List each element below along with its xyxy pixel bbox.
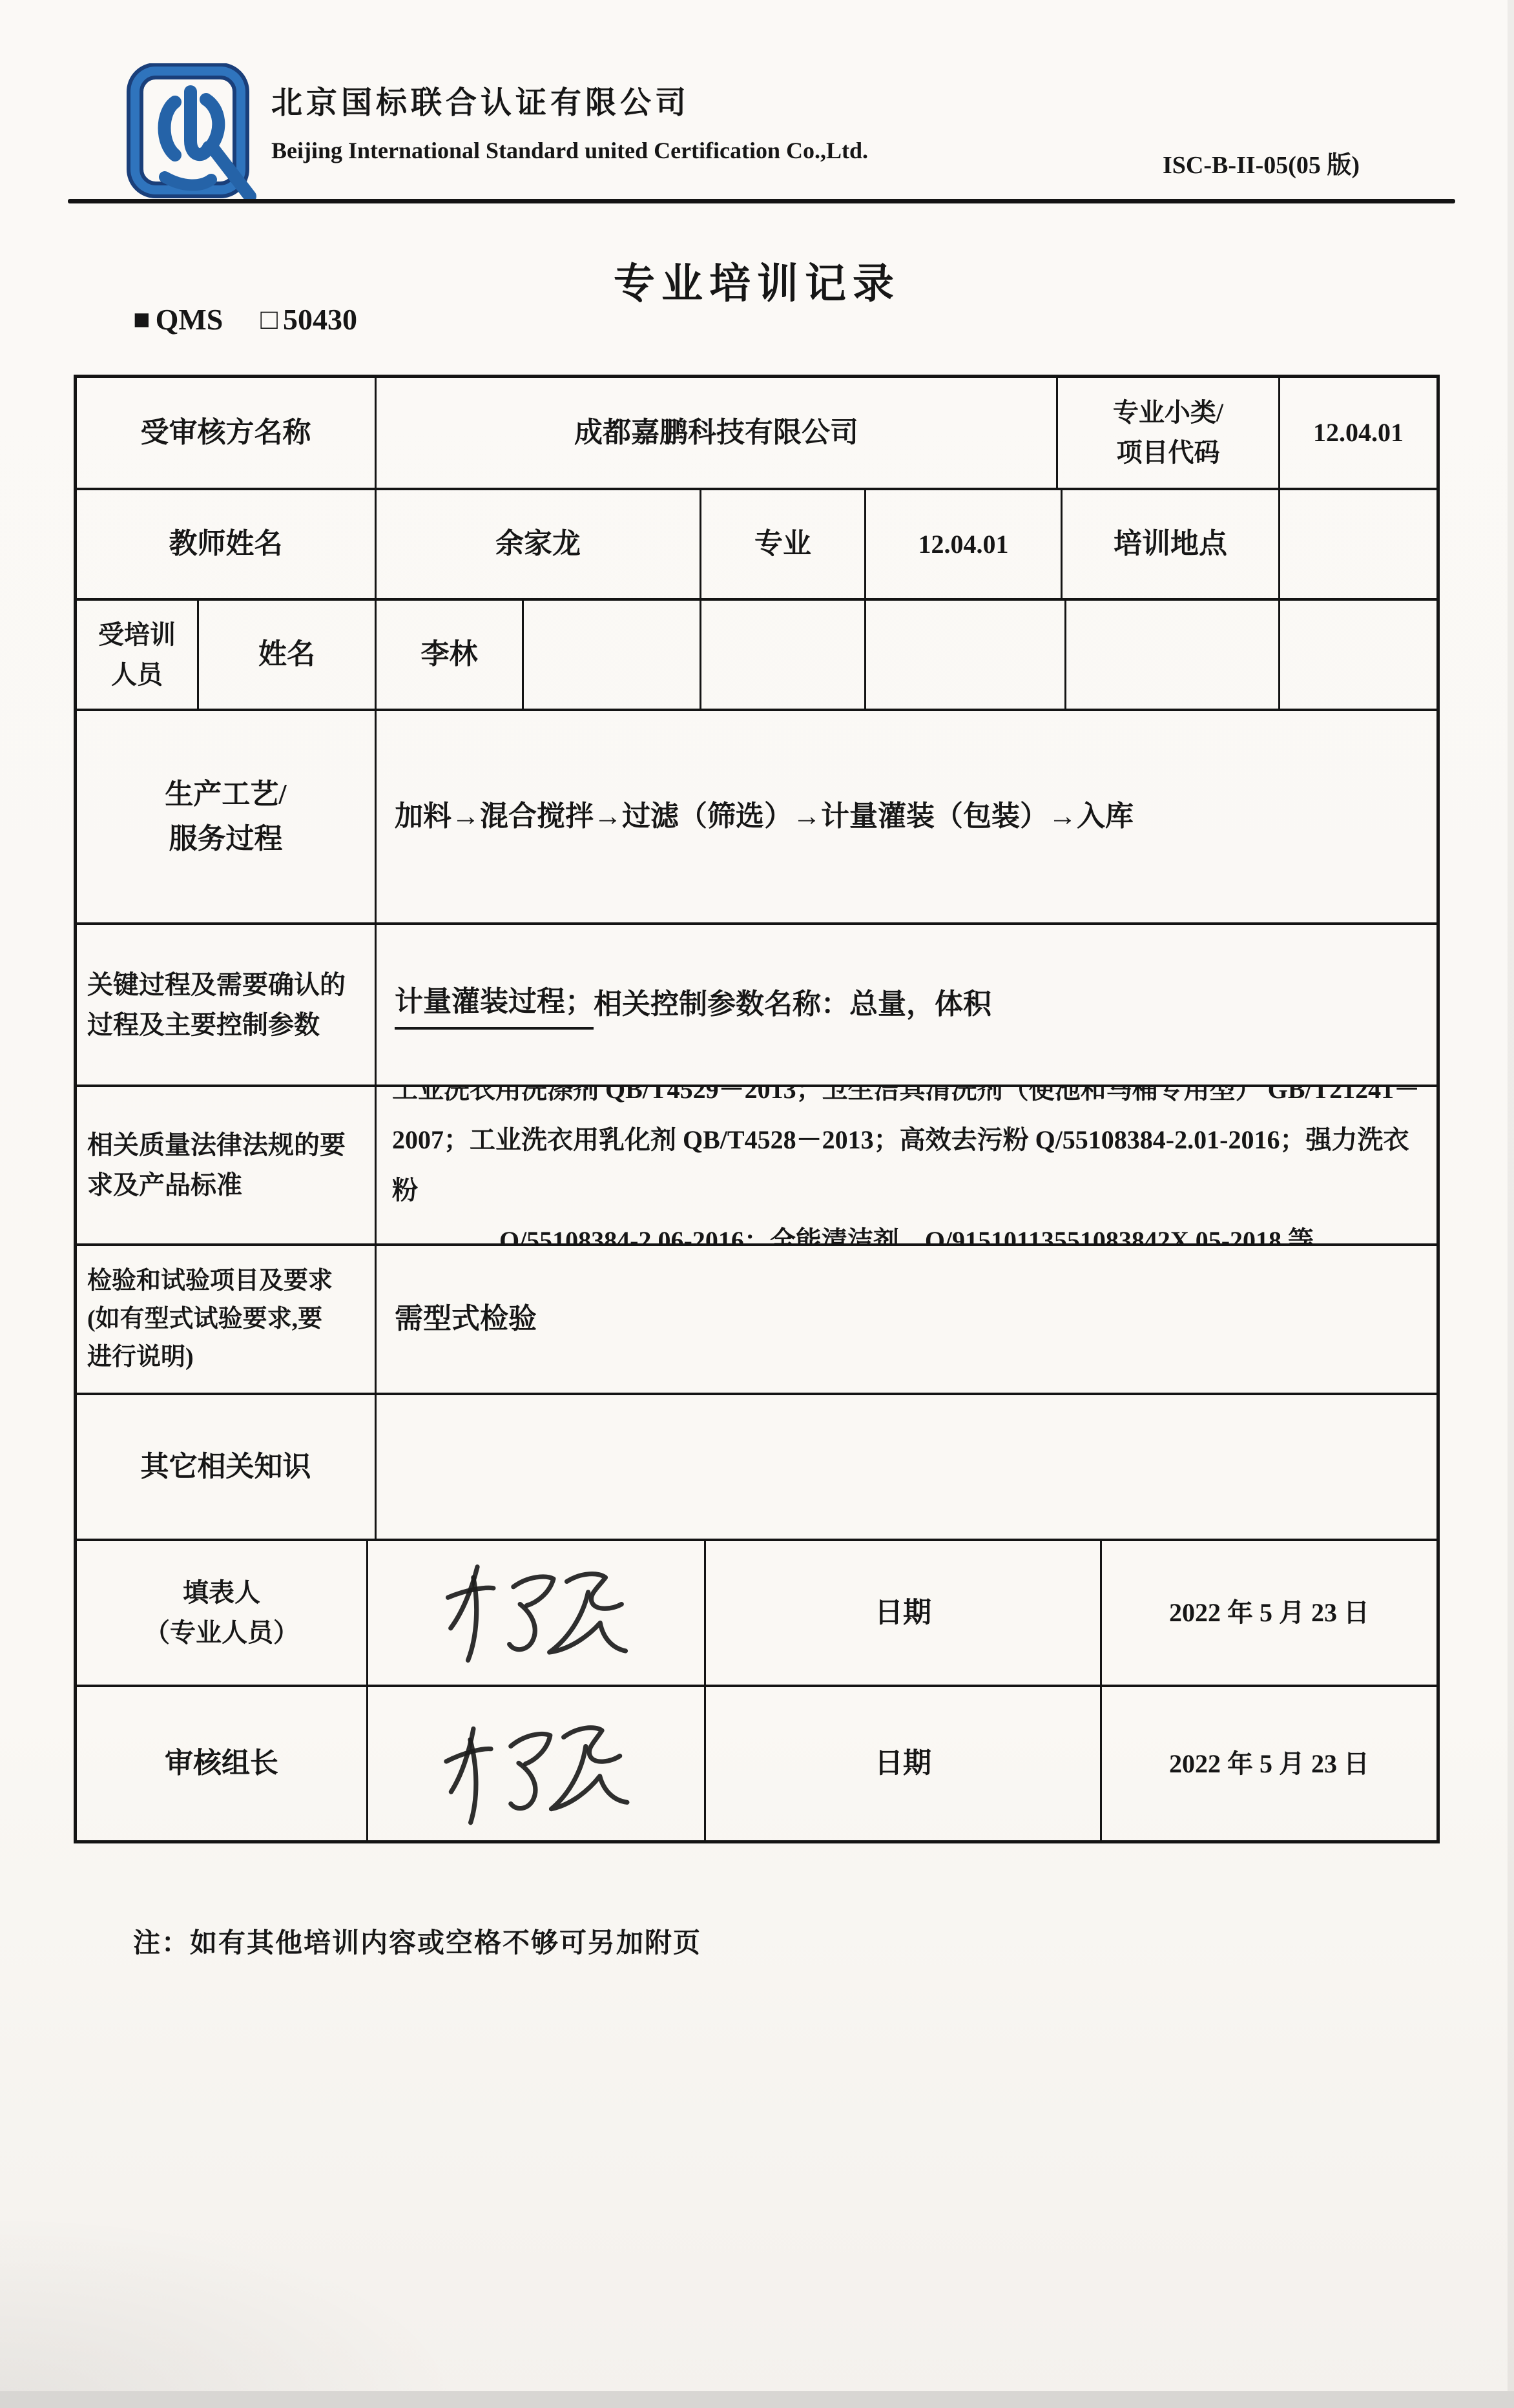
preparer-date-value: 2022 年 5 月 23 日: [1100, 1541, 1436, 1685]
qms-checked-checkbox-icon: ■: [133, 306, 150, 334]
trainee-row: 受培训 人员 姓名 李林: [77, 598, 1436, 709]
company-name-cn: 北京国标联合认证有限公司: [271, 78, 690, 122]
regulations-value: 工业洗衣用洗涤剂 QB/T4529－2013；卫生洁具清洗剂（便池和马桶专用型）…: [375, 1087, 1436, 1243]
header-rule: [68, 199, 1455, 203]
trainee-name-empty: [700, 601, 864, 709]
auditor-signature-cell: [366, 1687, 704, 1840]
scan-edge-artifact: [1508, 0, 1514, 2408]
trainee-name-empty: [1064, 601, 1278, 709]
regulations-line-2: 2007；工业洗衣用乳化剂 QB/T4528－2013；高效去污粉 Q/5510…: [392, 1115, 1421, 1216]
isc-logo-icon: [126, 63, 263, 207]
key-process-value: 计量灌装过程； 相关控制参数名称：总量，体积: [375, 925, 1436, 1085]
teacher-row: 教师姓名 余家龙 专业 12.04.01 培训地点: [77, 488, 1436, 598]
preparer-signature-cell: [366, 1541, 704, 1685]
trainee-name-label: 姓名: [197, 601, 375, 709]
training-location-label: 培训地点: [1061, 490, 1278, 598]
regulations-label: 相关质量法律法规的要 求及产品标准: [77, 1087, 375, 1243]
preparer-row: 填表人 （专业人员） 日期 2022 年 5 月 23 日: [77, 1539, 1436, 1685]
auditor-row: 审核组长 日期 2022 年 5 月 23 日: [77, 1685, 1436, 1840]
trainee-name-value: 李林: [375, 601, 522, 709]
process-row: 生产工艺/ 服务过程 加料→混合搅拌→过滤（筛选）→计量灌装（包装）→入库: [77, 709, 1436, 922]
system-checkboxes: ■ QMS □ 50430: [133, 302, 357, 337]
key-process-value-underlined: 计量灌装过程；: [395, 980, 594, 1029]
signature-yu-jialong: [433, 1704, 641, 1834]
process-label: 生产工艺/ 服务过程: [77, 711, 375, 922]
signature-yu-jialong: [436, 1555, 636, 1671]
training-location-value: [1278, 490, 1436, 598]
preparer-date-label: 日期: [704, 1541, 1100, 1685]
auditor-date-value: 2022 年 5 月 23 日: [1100, 1687, 1436, 1840]
key-process-row: 关键过程及需要确认的 过程及主要控制参数 计量灌装过程； 相关控制参数名称：总量…: [77, 922, 1436, 1085]
regulations-line-3: Q/55108384-2.06-2016；全能清洁剂 Q/91510113551…: [392, 1216, 1421, 1243]
auditor-date-label: 日期: [704, 1687, 1100, 1840]
audited-org-label: 受审核方名称: [77, 378, 375, 488]
other-knowledge-value: [375, 1395, 1436, 1539]
trainee-group-label: 受培训 人员: [77, 601, 197, 709]
category-code-value: 12.04.01: [1278, 378, 1436, 488]
auditor-label: 审核组长: [77, 1687, 366, 1840]
inspection-label: 检验和试验项目及要求 (如有型式试验要求,要 进行说明): [77, 1246, 375, 1393]
trainee-name-empty: [522, 601, 700, 709]
code50430-unchecked-checkbox-icon: □: [260, 306, 278, 334]
company-name-en: Beijing International Standard united Ce…: [271, 137, 868, 164]
preparer-label: 填表人 （专业人员）: [77, 1541, 366, 1685]
other-knowledge-row: 其它相关知识: [77, 1393, 1436, 1539]
page-title: 专业培训记录: [0, 251, 1514, 310]
trainee-name-empty: [1278, 601, 1436, 709]
key-process-label: 关键过程及需要确认的 过程及主要控制参数: [77, 925, 375, 1085]
qms-label: QMS: [156, 302, 223, 337]
audited-org-value: 成都嘉鹏科技有限公司: [375, 378, 1056, 488]
scan-edge-artifact: [0, 2391, 1514, 2408]
teacher-name-value: 余家龙: [375, 490, 700, 598]
key-process-value-rest: 相关控制参数名称：总量，体积: [594, 982, 991, 1026]
teacher-label: 教师姓名: [77, 490, 375, 598]
major-code-value: 12.04.01: [864, 490, 1061, 598]
major-label: 专业: [700, 490, 864, 598]
other-knowledge-label: 其它相关知识: [77, 1395, 375, 1539]
category-code-label: 专业小类/ 项目代码: [1056, 378, 1278, 488]
inspection-value: 需型式检验: [375, 1246, 1436, 1393]
regulations-line-1: 工业洗衣用洗涤剂 QB/T4529－2013；卫生洁具清洗剂（便池和马桶专用型）…: [392, 1087, 1421, 1115]
training-form-table: 受审核方名称 成都嘉鹏科技有限公司 专业小类/ 项目代码 12.04.01 教师…: [74, 375, 1440, 1843]
footnote: 注：如有其他培训内容或空格不够可另加附页: [133, 1922, 701, 1960]
form-code: ISC-B-II-05(05 版): [1163, 145, 1360, 180]
regulations-row: 相关质量法律法规的要 求及产品标准 工业洗衣用洗涤剂 QB/T4529－2013…: [77, 1085, 1436, 1243]
trainee-name-empty: [864, 601, 1064, 709]
scanned-training-record-page: 北京国标联合认证有限公司 Beijing International Stand…: [0, 0, 1514, 2408]
audited-org-row: 受审核方名称 成都嘉鹏科技有限公司 专业小类/ 项目代码 12.04.01: [77, 378, 1436, 488]
code50430-label: 50430: [283, 302, 357, 337]
process-value: 加料→混合搅拌→过滤（筛选）→计量灌装（包装）→入库: [375, 711, 1436, 922]
inspection-row: 检验和试验项目及要求 (如有型式试验要求,要 进行说明) 需型式检验: [77, 1243, 1436, 1393]
